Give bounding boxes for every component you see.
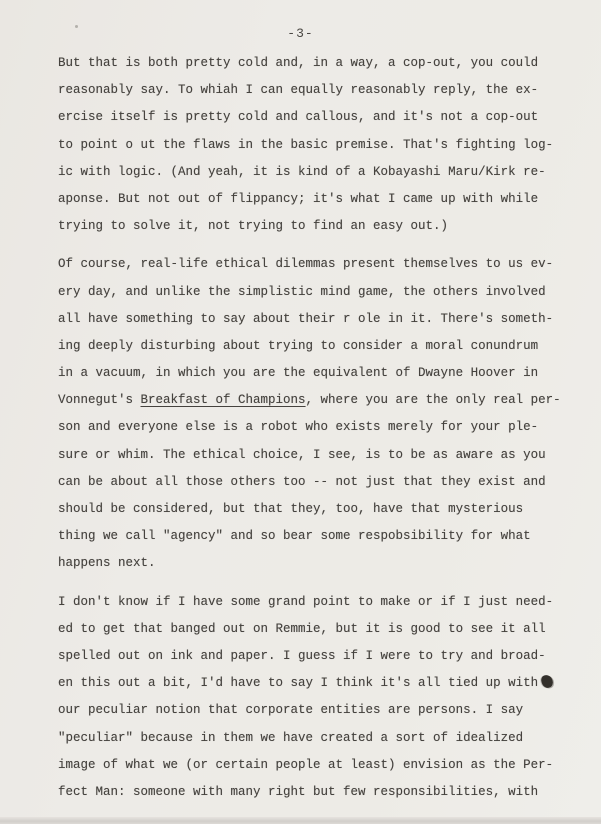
text-segment: Vonnegut's [58, 393, 141, 407]
text-segment: image of what we (or certain people at l… [58, 758, 553, 772]
text-segment: thing we call "agency" and so bear some … [58, 529, 531, 543]
typed-line: ic with logic. (And yeah, it is kind of … [58, 159, 558, 186]
text-segment: sure or whim. The ethical choice, I see,… [58, 448, 546, 462]
text-segment: to point o ut the flaws in the basic pre… [58, 138, 553, 152]
text-segment: fect Man: someone with many right but fe… [58, 785, 538, 799]
typed-line: en this out a bit, I'd have to say I thi… [58, 670, 558, 697]
text-segment: our peculiar notion that corporate entit… [58, 703, 523, 717]
typed-line: can be about all those others too -- not… [58, 469, 558, 496]
typed-line: trying to solve it, not trying to find a… [58, 213, 558, 240]
typed-line: thing we call "agency" and so bear some … [58, 523, 558, 550]
text-segment: en this out a bit, I'd have to say I thi… [58, 676, 538, 690]
typed-line: Of course, real-life ethical dilemmas pr… [58, 251, 558, 278]
text-segment: reasonably say. To whiah I can equally r… [58, 83, 538, 97]
typed-line: ed to get that banged out on Remmie, but… [58, 616, 558, 643]
typed-line: fect Man: someone with many right but fe… [58, 779, 558, 806]
paragraph: I don't know if I have some grand point … [58, 589, 558, 807]
typed-line: Vonnegut's Breakfast of Champions, where… [58, 387, 558, 414]
text-segment: ing deeply disturbing about trying to co… [58, 339, 538, 353]
paragraph: But that is both pretty cold and, in a w… [58, 50, 558, 240]
text-segment: ed to get that banged out on Remmie, but… [58, 622, 546, 636]
typed-line: aponse. But not out of flippancy; it's w… [58, 186, 558, 213]
typed-line: should be considered, but that they, too… [58, 496, 558, 523]
typed-line: I don't know if I have some grand point … [58, 589, 558, 616]
page-number: -3- [0, 26, 601, 41]
typed-line: But that is both pretty cold and, in a w… [58, 50, 558, 77]
document-body: But that is both pretty cold and, in a w… [58, 50, 558, 817]
paragraph: Of course, real-life ethical dilemmas pr… [58, 251, 558, 577]
typed-line: "peculiar" because in them we have creat… [58, 725, 558, 752]
text-segment: , where you are the only real per- [306, 393, 561, 407]
text-segment: ic with logic. (And yeah, it is kind of … [58, 165, 546, 179]
typed-line: son and everyone else is a robot who exi… [58, 414, 558, 441]
typed-line: ery day, and unlike the simplistic mind … [58, 279, 558, 306]
text-segment: aponse. But not out of flippancy; it's w… [58, 192, 538, 206]
typed-line: ing deeply disturbing about trying to co… [58, 333, 558, 360]
typed-line: sure or whim. The ethical choice, I see,… [58, 442, 558, 469]
typed-line: in a vacuum, in which you are the equiva… [58, 360, 558, 387]
typed-line: to point o ut the flaws in the basic pre… [58, 132, 558, 159]
text-segment: should be considered, but that they, too… [58, 502, 523, 516]
typed-line: happens next. [58, 550, 558, 577]
text-segment: But that is both pretty cold and, in a w… [58, 56, 538, 70]
text-segment: son and everyone else is a robot who exi… [58, 420, 538, 434]
text-segment: all have something to say about their r … [58, 312, 553, 326]
text-segment: "peculiar" because in them we have creat… [58, 731, 523, 745]
text-segment: in a vacuum, in which you are the equiva… [58, 366, 538, 380]
typed-line: image of what we (or certain people at l… [58, 752, 558, 779]
text-segment: spelled out on ink and paper. I guess if… [58, 649, 546, 663]
text-segment: ery day, and unlike the simplistic mind … [58, 285, 546, 299]
typed-line: our peculiar notion that corporate entit… [58, 697, 558, 724]
text-segment: can be about all those others too -- not… [58, 475, 546, 489]
scan-edge-shadow [0, 817, 601, 824]
typed-page: -3- But that is both pretty cold and, in… [0, 0, 601, 824]
text-segment: happens next. [58, 556, 156, 570]
typed-line: spelled out on ink and paper. I guess if… [58, 643, 558, 670]
text-segment: I don't know if I have some grand point … [58, 595, 553, 609]
text-segment: Of course, real-life ethical dilemmas pr… [58, 257, 553, 271]
underlined-title-segment: Breakfast of Champions [141, 393, 306, 407]
text-segment: trying to solve it, not trying to find a… [58, 219, 448, 233]
text-segment: ercise itself is pretty cold and callous… [58, 110, 538, 124]
typed-line: all have something to say about their r … [58, 306, 558, 333]
typed-line: reasonably say. To whiah I can equally r… [58, 77, 558, 104]
ink-blot-mark [540, 674, 554, 690]
typed-line: ercise itself is pretty cold and callous… [58, 104, 558, 131]
